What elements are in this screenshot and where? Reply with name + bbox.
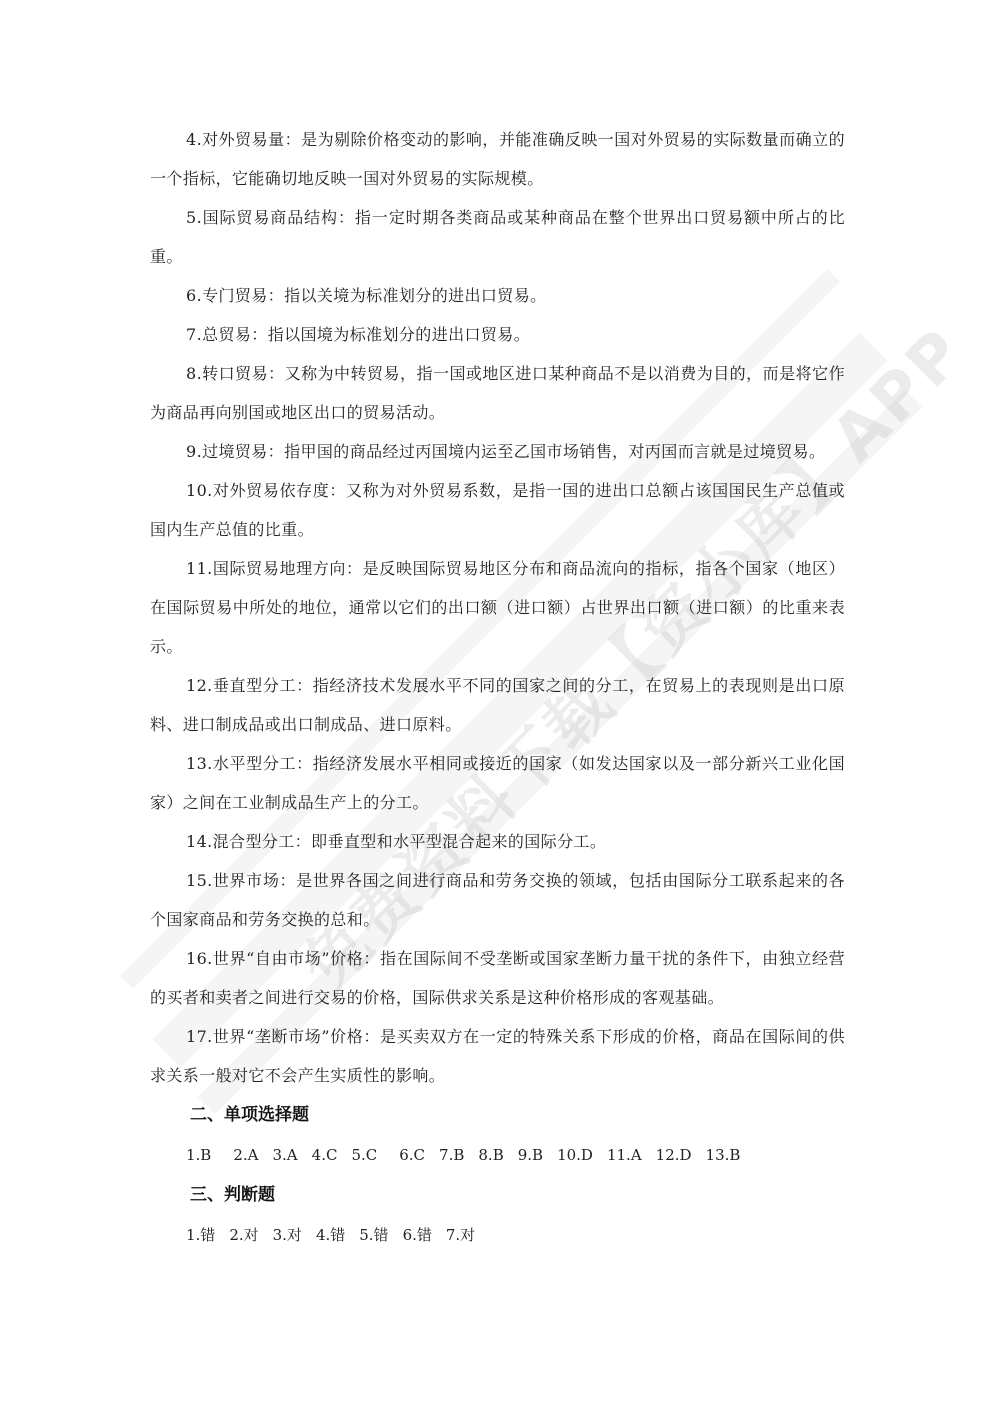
item-number: 13.	[186, 754, 213, 773]
item-number: 14.	[186, 832, 213, 851]
item-number: 5.	[186, 208, 202, 227]
section-heading-single-choice: 二、单项选择题	[150, 1095, 845, 1135]
item-term: 世界“垄断市场”价格：	[213, 1027, 380, 1046]
answer-item: 3.A	[273, 1146, 298, 1164]
item-number: 4.	[186, 130, 202, 149]
item-number: 9.	[186, 442, 202, 461]
item-number: 7.	[186, 325, 202, 344]
definition-item: 17.世界“垄断市场”价格：是买卖双方在一定的特殊关系下形成的价格，商品在国际间…	[150, 1017, 845, 1095]
answer-item: 11.A	[607, 1146, 642, 1164]
answer-item: 7.B	[439, 1146, 464, 1164]
answer-item: 12.D	[656, 1146, 692, 1164]
answer-item: 13.B	[706, 1146, 741, 1164]
definition-item: 13.水平型分工：指经济发展水平相同或接近的国家（如发达国家以及一部分新兴工业化…	[150, 744, 845, 822]
definition-item: 8.转口贸易：又称为中转贸易，指一国或地区进口某种商品不是以消费为目的，而是将它…	[150, 354, 845, 432]
item-term: 转口贸易：	[202, 364, 285, 383]
answer-item: 6.错	[403, 1226, 432, 1244]
item-term: 过境贸易：	[202, 442, 284, 461]
definition-item: 12.垂直型分工：指经济技术发展水平不同的国家之间的分工，在贸易上的表现则是出口…	[150, 666, 845, 744]
item-number: 15.	[186, 871, 213, 890]
item-text: 指以国境为标准划分的进出口贸易。	[268, 325, 530, 344]
definition-item: 15.世界市场：是世界各国之间进行商品和劳务交换的领域，包括由国际分工联系起来的…	[150, 861, 845, 939]
true-false-answers: 1.错2.对3.对4.错5.错6.错7.对	[150, 1215, 845, 1255]
answer-item: 2.对	[229, 1226, 258, 1244]
definition-item: 4.对外贸易量：是为剔除价格变动的影响，并能准确反映一国对外贸易的实际数量而确立…	[150, 120, 845, 198]
answer-item: 6.C	[399, 1146, 425, 1164]
definition-item: 7.总贸易：指以国境为标准划分的进出口贸易。	[150, 315, 845, 354]
item-term: 世界市场：	[213, 871, 296, 890]
definition-item: 11.国际贸易地理方向：是反映国际贸易地区分布和商品流向的指标，指各个国家（地区…	[150, 549, 845, 666]
item-term: 混合型分工：	[213, 832, 311, 851]
answer-item: 5.错	[359, 1226, 388, 1244]
item-term: 世界“自由市场”价格：	[213, 949, 380, 968]
item-term: 对外贸易量：	[202, 130, 301, 149]
document-page: 4.对外贸易量：是为剔除价格变动的影响，并能准确反映一国对外贸易的实际数量而确立…	[150, 120, 845, 1255]
item-number: 12.	[186, 676, 213, 695]
definition-item: 14.混合型分工：即垂直型和水平型混合起来的国际分工。	[150, 822, 845, 861]
answer-item: 4.C	[312, 1146, 338, 1164]
single-choice-answers: 1.B2.A3.A4.C5.C6.C7.B8.B9.B10.D11.A12.D1…	[150, 1135, 845, 1175]
item-number: 11.	[186, 559, 213, 578]
section-heading-true-false: 三、判断题	[150, 1175, 845, 1215]
item-text: 指甲国的商品经过丙国境内运至乙国市场销售，对丙国而言就是过境贸易。	[284, 442, 825, 461]
item-number: 6.	[186, 286, 202, 305]
definition-item: 6.专门贸易：指以关境为标准划分的进出口贸易。	[150, 276, 845, 315]
item-term: 垂直型分工：	[213, 676, 313, 695]
item-term: 对外贸易依存度：	[213, 481, 346, 500]
answer-item: 10.D	[557, 1146, 593, 1164]
definitions-list: 4.对外贸易量：是为剔除价格变动的影响，并能准确反映一国对外贸易的实际数量而确立…	[150, 120, 845, 1095]
item-text: 即垂直型和水平型混合起来的国际分工。	[311, 832, 606, 851]
answer-item: 7.对	[446, 1226, 475, 1244]
definition-item: 5.国际贸易商品结构：指一定时期各类商品或某种商品在整个世界出口贸易额中所占的比…	[150, 198, 845, 276]
item-number: 16.	[186, 949, 213, 968]
item-term: 国际贸易地理方向：	[213, 559, 363, 578]
item-term: 国际贸易商品结构：	[202, 208, 355, 227]
item-term: 水平型分工：	[213, 754, 313, 773]
answer-item: 4.错	[316, 1226, 345, 1244]
definition-item: 16.世界“自由市场”价格：指在国际间不受垄断或国家垄断力量干扰的条件下，由独立…	[150, 939, 845, 1017]
item-term: 专门贸易：	[202, 286, 284, 305]
item-text: 指以关境为标准划分的进出口贸易。	[284, 286, 546, 305]
definition-item: 10.对外贸易依存度：又称为对外贸易系数，是指一国的进出口总额占该国国民生产总值…	[150, 471, 845, 549]
item-number: 10.	[186, 481, 213, 500]
answer-item: 8.B	[478, 1146, 503, 1164]
answer-item: 3.对	[273, 1226, 302, 1244]
answer-item: 9.B	[518, 1146, 543, 1164]
definition-item: 9.过境贸易：指甲国的商品经过丙国境内运至乙国市场销售，对丙国而言就是过境贸易。	[150, 432, 845, 471]
answer-item: 5.C	[351, 1146, 377, 1164]
item-number: 17.	[186, 1027, 213, 1046]
answer-item: 2.A	[233, 1146, 258, 1164]
item-number: 8.	[186, 364, 202, 383]
item-term: 总贸易：	[202, 325, 268, 344]
answer-item: 1.错	[186, 1226, 215, 1244]
answer-item: 1.B	[186, 1146, 211, 1164]
